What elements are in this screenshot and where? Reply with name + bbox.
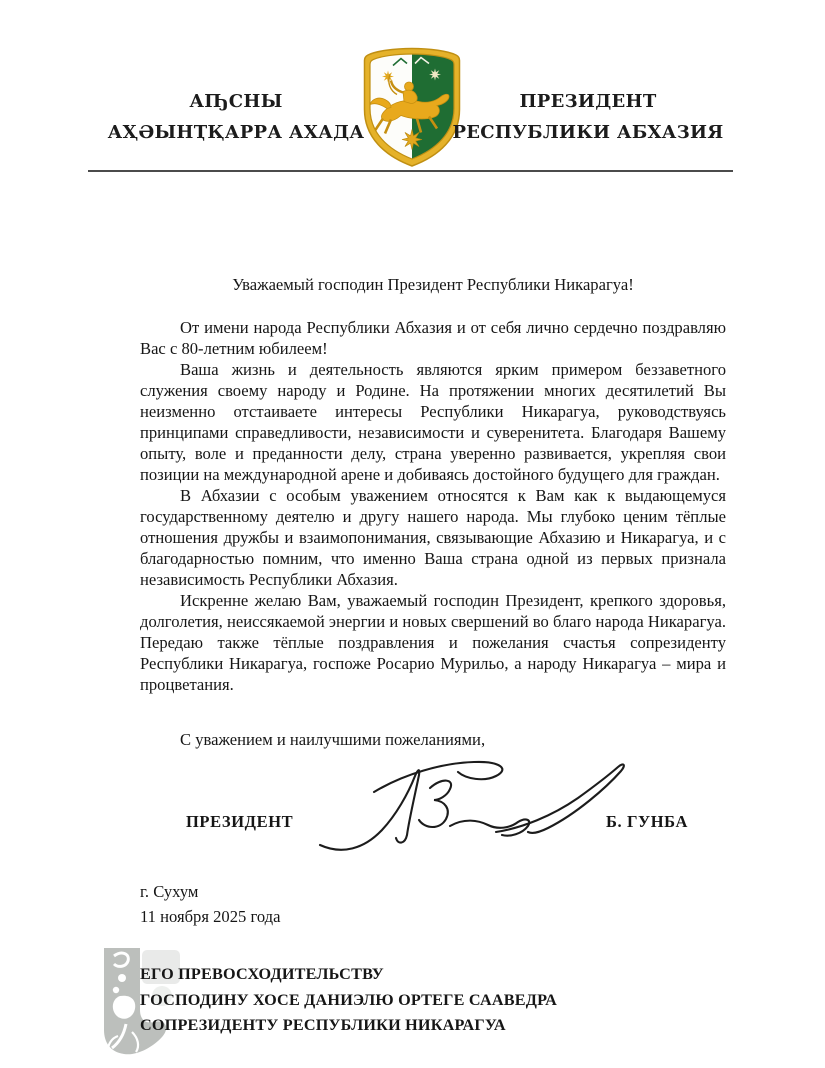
place-date-block: г. Сухум 11 ноября 2025 года [140,879,281,929]
addressee-line2: ГОСПОДИНУ ХОСЕ ДАНИЭЛЮ ОРТЕГЕ СААВЕДРА [140,988,557,1014]
closing-line: С уважением и наилучшими пожеланиями, [140,729,726,750]
signer-title: ПРЕЗИДЕНТ [186,812,293,832]
paragraph-2: Ваша жизнь и деятельность являются ярким… [140,359,726,485]
addressee-line1: ЕГО ПРЕВОСХОДИТЕЛЬСТВУ [140,962,557,988]
header-russian-line1: ПРЕЗИДЕНТ [438,86,738,117]
header-abkhaz-line2: АҲӘЫНҬҚАРРА АХАДА [86,117,386,148]
paragraph-4: Искренне желаю Вам, уважаемый господин П… [140,590,726,695]
paragraph-1: От имени народа Республики Абхазия и от … [140,317,726,359]
header-abkhaz-title: АҦСНЫ АҲӘЫНҬҚАРРА АХАДА [86,86,386,148]
addressee-block: ЕГО ПРЕВОСХОДИТЕЛЬСТВУ ГОСПОДИНУ ХОСЕ ДА… [140,962,557,1039]
date: 11 ноября 2025 года [140,904,281,929]
header-russian-title: ПРЕЗИДЕНТ РЕСПУБЛИКИ АБХАЗИЯ [438,86,738,148]
paragraph-3: В Абхазии с особым уважением относятся к… [140,485,726,590]
signature-block: ПРЕЗИДЕНТ Б. ГУНБА [140,748,726,856]
header-russian-line2: РЕСПУБЛИКИ АБХАЗИЯ [438,117,738,148]
letter-page: АҦСНЫ АҲӘЫНҬҚАРРА АХАДА [0,0,825,1068]
header-abkhaz-line1: АҦСНЫ [86,86,386,117]
place: г. Сухум [140,879,281,904]
letter-body: Уважаемый господин Президент Республики … [140,274,726,695]
signer-name: Б. ГУНБА [606,812,688,832]
salutation: Уважаемый господин Президент Республики … [140,274,726,295]
addressee-line3: СОПРЕЗИДЕНТУ РЕСПУБЛИКИ НИКАРАГУА [140,1013,557,1039]
signature-icon [308,748,642,856]
header-divider [88,170,733,172]
